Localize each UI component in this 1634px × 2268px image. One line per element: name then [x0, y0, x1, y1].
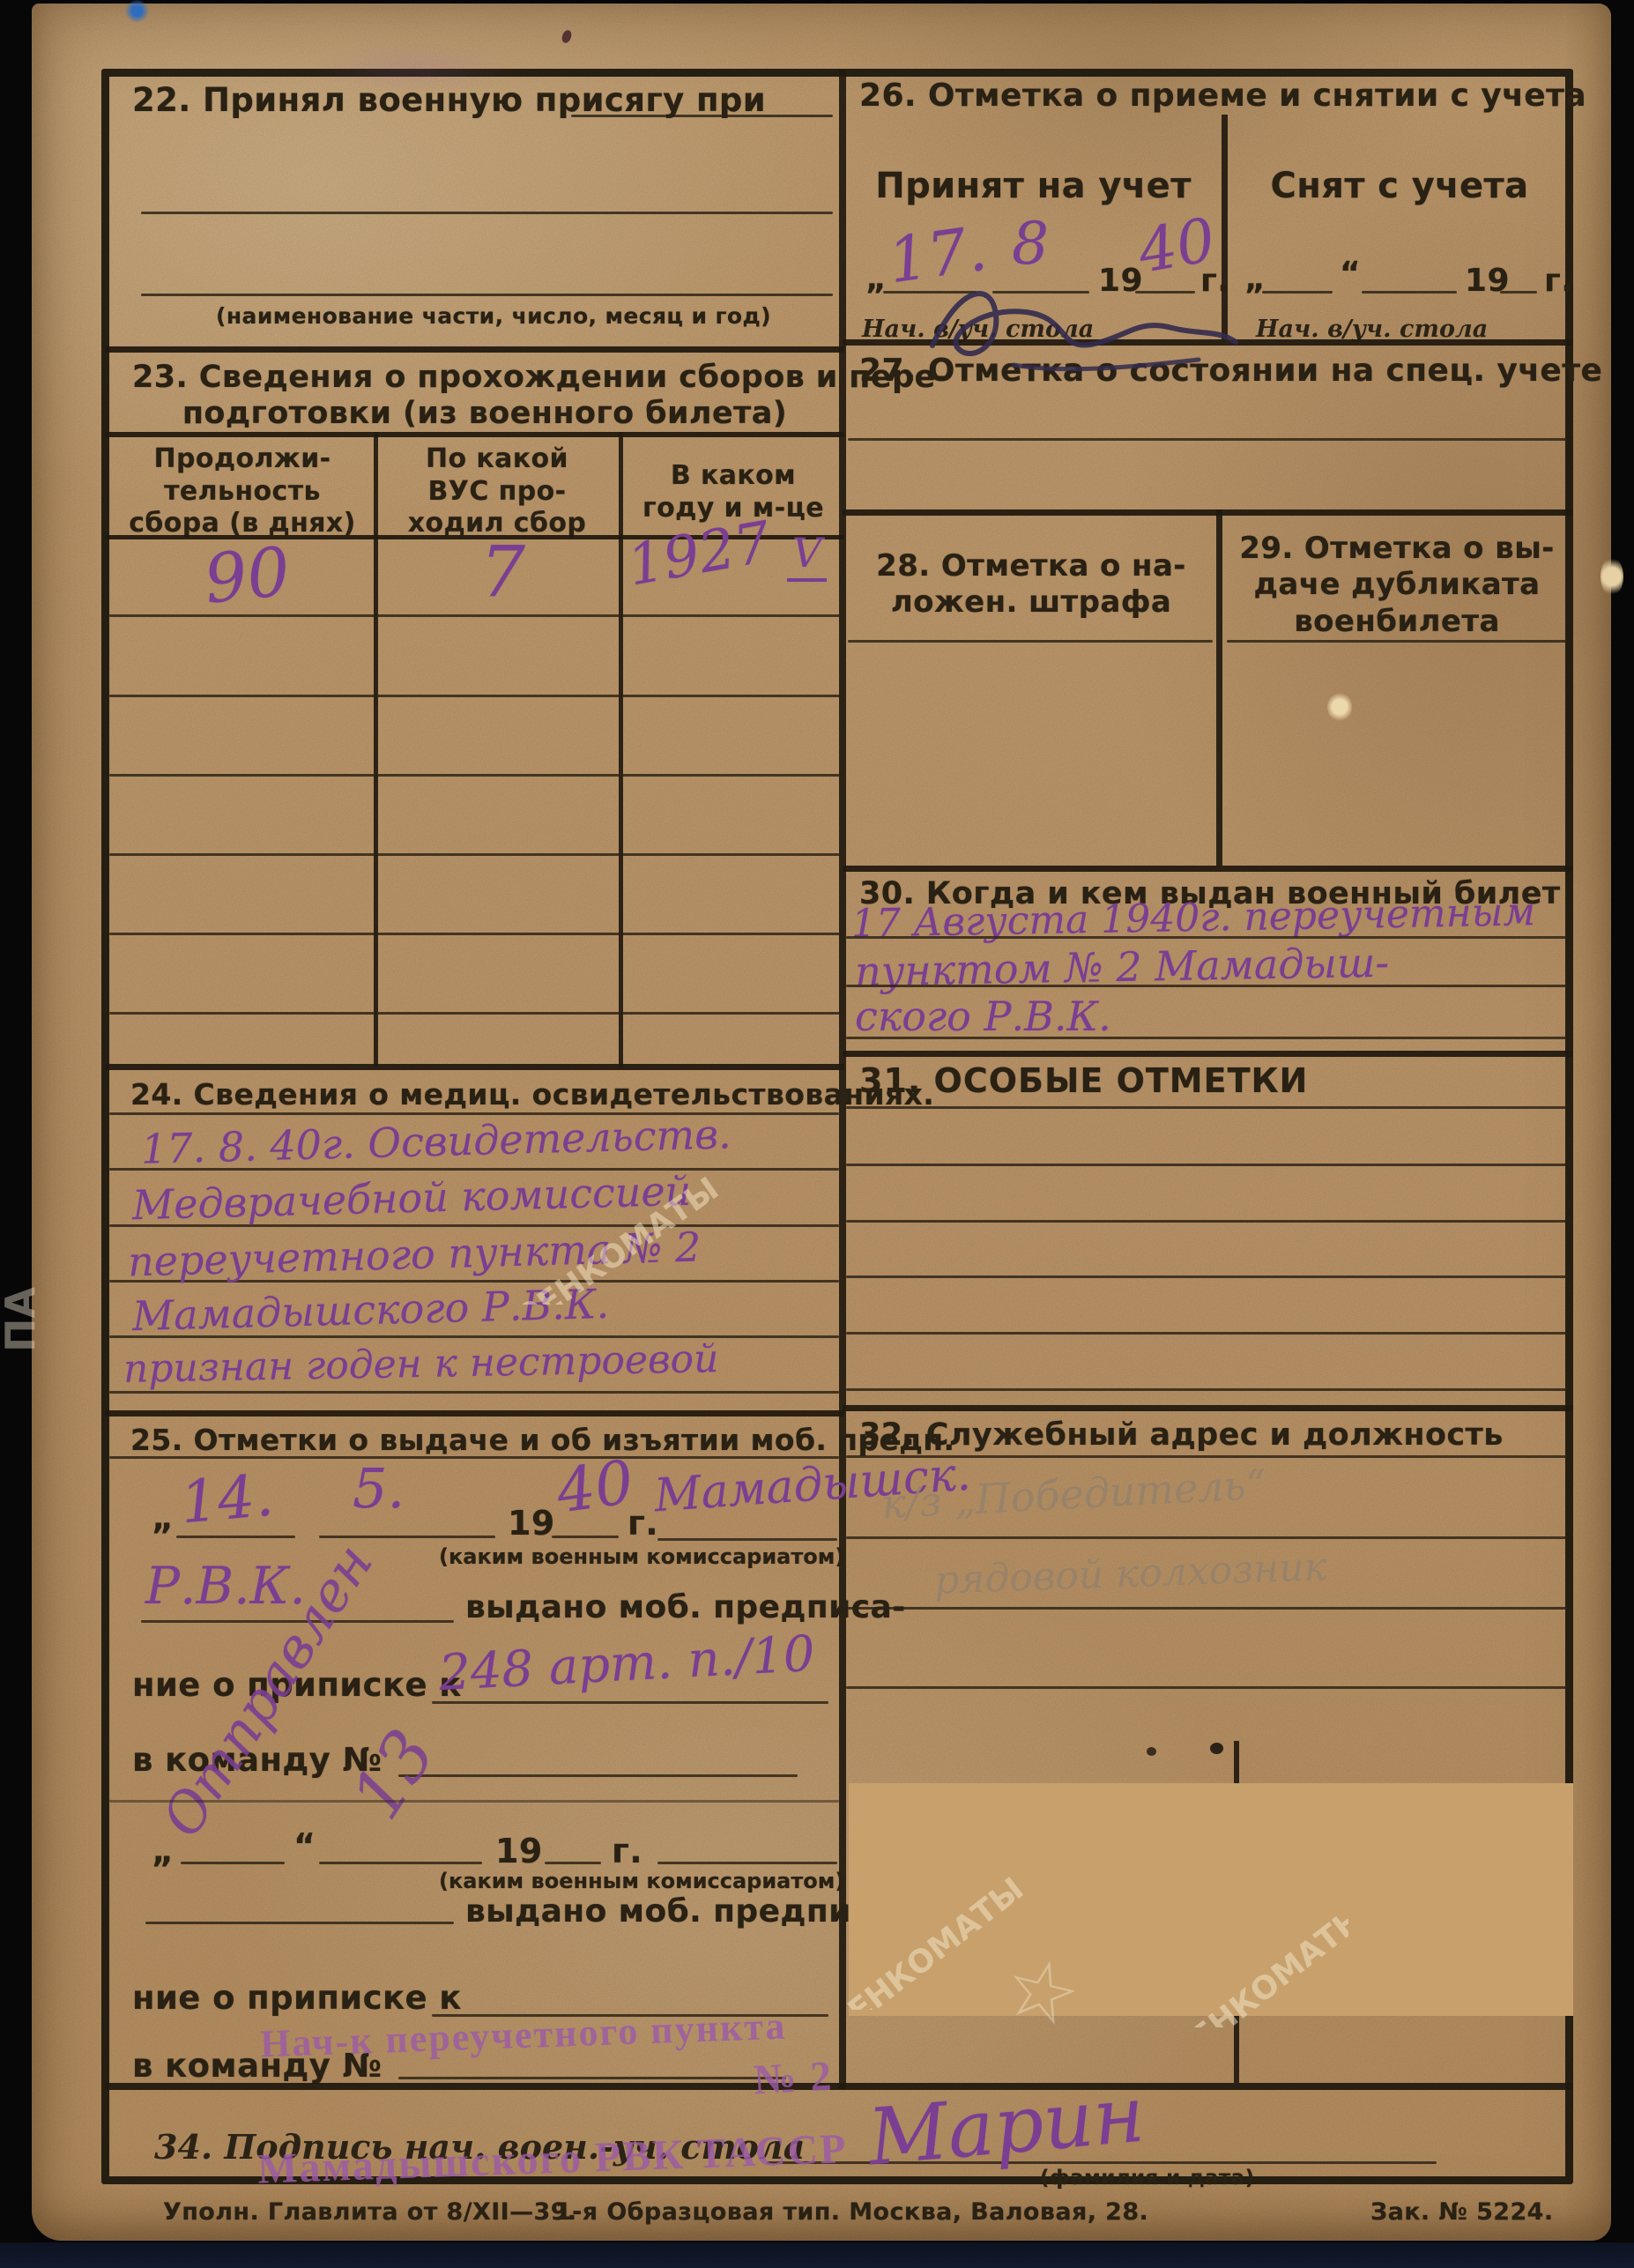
blank-line: [1262, 291, 1333, 294]
year-suffix: г.: [628, 1504, 658, 1543]
section25-title: 25. Отметки о выдаче и об изъятии моб. п…: [130, 1423, 954, 1457]
blank-line: [145, 1922, 454, 1924]
rule-line: [848, 640, 1213, 643]
stamp-line: № 2: [753, 2052, 835, 2105]
section-divider: [105, 2083, 1573, 2090]
rule-line: [109, 1456, 839, 1459]
close-quote: “: [1340, 256, 1361, 292]
blank-line: [141, 212, 833, 214]
close-quote: “: [293, 1826, 316, 1865]
subcolumn-divider: [1216, 509, 1222, 866]
rule-line: [846, 1332, 1569, 1335]
commissariat-caption: (каким военным комиссариатом): [439, 1869, 840, 1893]
section29-title: 29. Отметка о вы- даче дубликата военбил…: [1225, 531, 1569, 640]
table-top-border: [105, 432, 844, 437]
cell-divider-stub: [1234, 1741, 1239, 1783]
section-divider: [843, 866, 1573, 872]
blank-line: [176, 1536, 295, 1538]
section23-title-line2: подготовки (из военного билета): [150, 396, 820, 431]
section-divider: [843, 1051, 1573, 1057]
rule-line: [846, 1536, 1569, 1539]
rule-line: [846, 1275, 1569, 1278]
worm-hole: [1147, 1747, 1156, 1756]
section24-title: 24. Сведения о медиц. освидетельствовани…: [130, 1077, 934, 1112]
blank-line: [432, 1701, 828, 1704]
issued-label: выдано моб. предписа-: [465, 1589, 906, 1625]
year-suffix: г.: [612, 1832, 642, 1870]
table-bottom-border: [105, 1064, 844, 1070]
table-header-duration: Продолжи- тельность сбора (в днях): [115, 443, 370, 540]
rule-line: [846, 1607, 1569, 1610]
medical-entry: 17. 8. 40г. Освидетельств.: [140, 1110, 732, 1173]
blank-line: [319, 1536, 495, 1538]
rule-line: [1227, 640, 1569, 643]
table-row-line: [109, 853, 841, 856]
medical-entry: Мамадышского Р.В.К.: [131, 1280, 609, 1340]
worm-hole: [1210, 1743, 1223, 1754]
rule-line: [846, 1220, 1569, 1223]
issued-by-entry: ского Р.В.К.: [855, 993, 1111, 1040]
scanned-military-card: 22. Принял военную присягу при (наименов…: [0, 0, 1634, 2268]
table-column-divider: [374, 432, 378, 1067]
section31-title: 31. ОСОБЫЕ ОТМЕТКИ: [859, 1061, 1308, 1100]
mob-rvk: Р.В.К.: [145, 1556, 306, 1616]
section-divider: [843, 509, 1573, 516]
rule-line: [846, 1388, 1569, 1391]
footer-order-number: Зак. № 5224.: [1370, 2198, 1553, 2226]
footer-printer: 1-я Образцовая тип. Москва, Валовая, 28.: [555, 2198, 1148, 2226]
blank-line: [657, 1538, 837, 1541]
accepted-header: Принят на учет: [850, 166, 1216, 206]
issued-label: выдано моб. предписа-: [465, 1893, 906, 1930]
rule-line: [109, 1391, 839, 1394]
paper-damage-spot: [1601, 557, 1623, 596]
rule-line: [846, 936, 1569, 939]
year-prefix: 19: [508, 1504, 555, 1543]
footer-censor: Уполн. Главлита от 8/XII—39.: [163, 2198, 577, 2226]
section26-title: 26. Отметка о приеме и снятии с учета: [859, 78, 1586, 114]
rule-line: [846, 1686, 1569, 1689]
service-address-entry: рядовой колхозник: [933, 1544, 1327, 1603]
table-row-line: [109, 933, 841, 935]
blank-line: [319, 1862, 482, 1864]
rule-line: [846, 1164, 1569, 1166]
section28-title: 28. Отметка о на- ложен. штрафа: [850, 548, 1212, 621]
blank-line: [398, 2077, 786, 2079]
diagonal-note: 13: [337, 1716, 451, 1833]
attach-label: ние о приписке к: [132, 1979, 462, 2017]
open-quote: „: [152, 1832, 174, 1870]
attach-unit: 248 арт. п./10: [438, 1625, 816, 1702]
rule-line: [846, 985, 1569, 987]
removed-header: Снят с учета: [1228, 166, 1571, 206]
year-prefix: 19: [495, 1832, 543, 1870]
entry-duration: 90: [201, 532, 293, 619]
medical-entry: признан годен к нестроевой: [123, 1336, 719, 1392]
section-divider: [105, 346, 844, 353]
rule-line: [846, 1106, 1569, 1109]
redaction-patch: [849, 1783, 1573, 2016]
blank-line: [1362, 291, 1457, 294]
section23-title-line1: 23. Сведения о прохождении сборов и пере…: [132, 360, 949, 395]
table-row-line: [109, 1012, 841, 1015]
commissariat-caption: (каким военным комиссариатом): [439, 1544, 840, 1569]
stamp-smudge: [308, 41, 520, 93]
table-row-line: [109, 695, 841, 697]
blank-line: [181, 1862, 285, 1864]
section-divider: [843, 1405, 1573, 1411]
blank-line: [398, 1774, 798, 1777]
year-suffix: г.: [1544, 263, 1573, 299]
mob-date-month: 5.: [353, 1456, 405, 1521]
blank-line: [141, 294, 833, 296]
block-divider: [109, 1800, 839, 1803]
table-header-vus: По какой ВУС про- ходил сбор: [379, 443, 615, 540]
rule-line: [846, 1455, 1569, 1458]
mob-date-day: 14.: [178, 1461, 276, 1537]
medical-entry: Медврачебной комиссией: [131, 1167, 691, 1230]
rule-line: [846, 1037, 1569, 1039]
open-quote: „: [152, 1498, 174, 1537]
table-row-line: [109, 774, 841, 777]
medical-entry: переучетного пункта № 2: [127, 1223, 702, 1285]
section32-title: 32. Служебный адрес и должность: [859, 1417, 1504, 1453]
section34-caption: (фамилия и дата): [1040, 2167, 1255, 2190]
blank-line: [571, 115, 833, 117]
mob-date-year: 40: [553, 1447, 638, 1527]
cell-divider-stub: [1234, 2016, 1239, 2083]
blank-line: [657, 1862, 837, 1864]
section-divider: [105, 1410, 844, 1417]
clerk-signature: [908, 261, 1243, 376]
blank-line: [545, 1862, 601, 1864]
rule-line: [848, 438, 1569, 441]
blue-ink-mark: [125, 0, 149, 22]
paper-damage-spot: [1327, 693, 1352, 721]
blank-line: [1500, 291, 1537, 294]
blank-line: [552, 1536, 619, 1538]
entry-month: V: [787, 529, 827, 582]
entry-vus: 7: [480, 531, 525, 613]
table-column-divider: [619, 432, 623, 1067]
section22-caption: (наименование части, число, месяц и год): [154, 303, 833, 329]
